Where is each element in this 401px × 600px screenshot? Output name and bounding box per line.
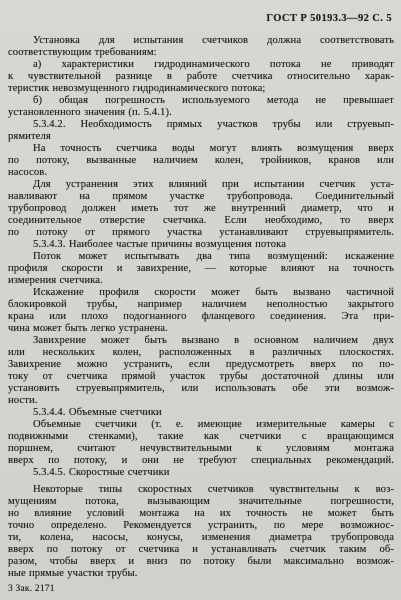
text-line: поршнем, считают нечувствительными к усл… [8,443,394,455]
text-line: насосов. [8,167,394,179]
text-line: измерения счетчика. [8,275,394,287]
text-line: теристик невозмущенного гидродинамическо… [8,83,394,95]
text-line: подвижными стенками), такие как счетчики… [8,431,394,443]
text-line: Завихрение может быть вызвано в основном… [8,335,394,347]
text-line: 5.3.4.3. Наиболее частые причины возмуще… [8,239,394,251]
text-line: установить струевыпрямитель, или использ… [8,383,394,395]
document-body: Установка для испытания счетчиков должна… [0,25,401,580]
text-line: ти, колена, насосы, конусы, изменения ди… [8,532,394,544]
text-line: навливают на прямом участке трубопровода… [8,191,394,203]
text-line: блокировкой трубы, например наличием неп… [8,299,394,311]
text-line: 5.3.4.4. Объемные счетчики [8,407,394,419]
text-line: 5.3.4.5. Скоростные счетчики [8,467,394,479]
text-line: разом, чтобы вверх и вниз по потоку были… [8,556,394,568]
text-line: установленного значения (п. 5.4.1). [8,107,394,119]
text-line: соответствующим требованиям: [8,47,394,59]
text-line: б) общая погрешность используемого метод… [8,95,394,107]
text-line: На точность счетчика воды могут влиять в… [8,143,394,155]
text-line: а) характеристики гидродинамического пот… [8,59,394,71]
page-footer-print-order: 3 Зак. 2171 [0,580,401,595]
text-line: соединительное отверстие счетчика. Если … [8,215,394,227]
text-line: вверх по потоку, и они не требуют специа… [8,455,394,467]
text-line: рямителя [8,131,394,143]
text-line: трубопровод должен иметь тот же внутренн… [8,203,394,215]
text-line: току от счетчика прямой участок трубы до… [8,371,394,383]
text-line: к чувствительной разнице в работе счетчи… [8,71,394,83]
document-page: ГОСТ Р 50193.3—92 С. 5 Установка для исп… [0,0,401,600]
text-line: чина может быть легко устранена. [8,323,394,335]
text-line: Установка для испытания счетчиков должна… [8,35,394,47]
text-line: 5.3.4.2. Необходимость прямых участков т… [8,119,394,131]
text-line: Завихрение можно устранить, если предусм… [8,359,394,371]
text-line: ные прямые участки трубы. [8,568,394,580]
text-line: по потоку от прямого участка устанавлива… [8,227,394,239]
text-line: крана или плохо подогнанного фланцевого … [8,311,394,323]
text-line: но влияние условий монтажа на их точност… [8,508,394,520]
text-line: мущениям потока, вызывающим значительные… [8,496,394,508]
text-line: Некоторые типы скоростных счетчиков чувс… [8,484,394,496]
text-line: профиля скорости и завихрение, — которые… [8,263,394,275]
page-header-standard-number: ГОСТ Р 50193.3—92 С. 5 [0,0,401,25]
text-line: Объемные счетчики (т. е. имеющие измерит… [8,419,394,431]
text-line: Поток может испытывать два типа возмущен… [8,251,394,263]
text-line: по потоку, вызванные наличием колен, тро… [8,155,394,167]
text-line: Искажение профиля скорости может быть вы… [8,287,394,299]
text-line: точно определено. Рекомендуется устранит… [8,520,394,532]
text-line: или нескольких колен, расположенных в ра… [8,347,394,359]
text-line: вверх по потоку от счетчика и устанавлив… [8,544,394,556]
text-line: ности. [8,395,394,407]
text-line: Для устранения этих влияний при испытани… [8,179,394,191]
